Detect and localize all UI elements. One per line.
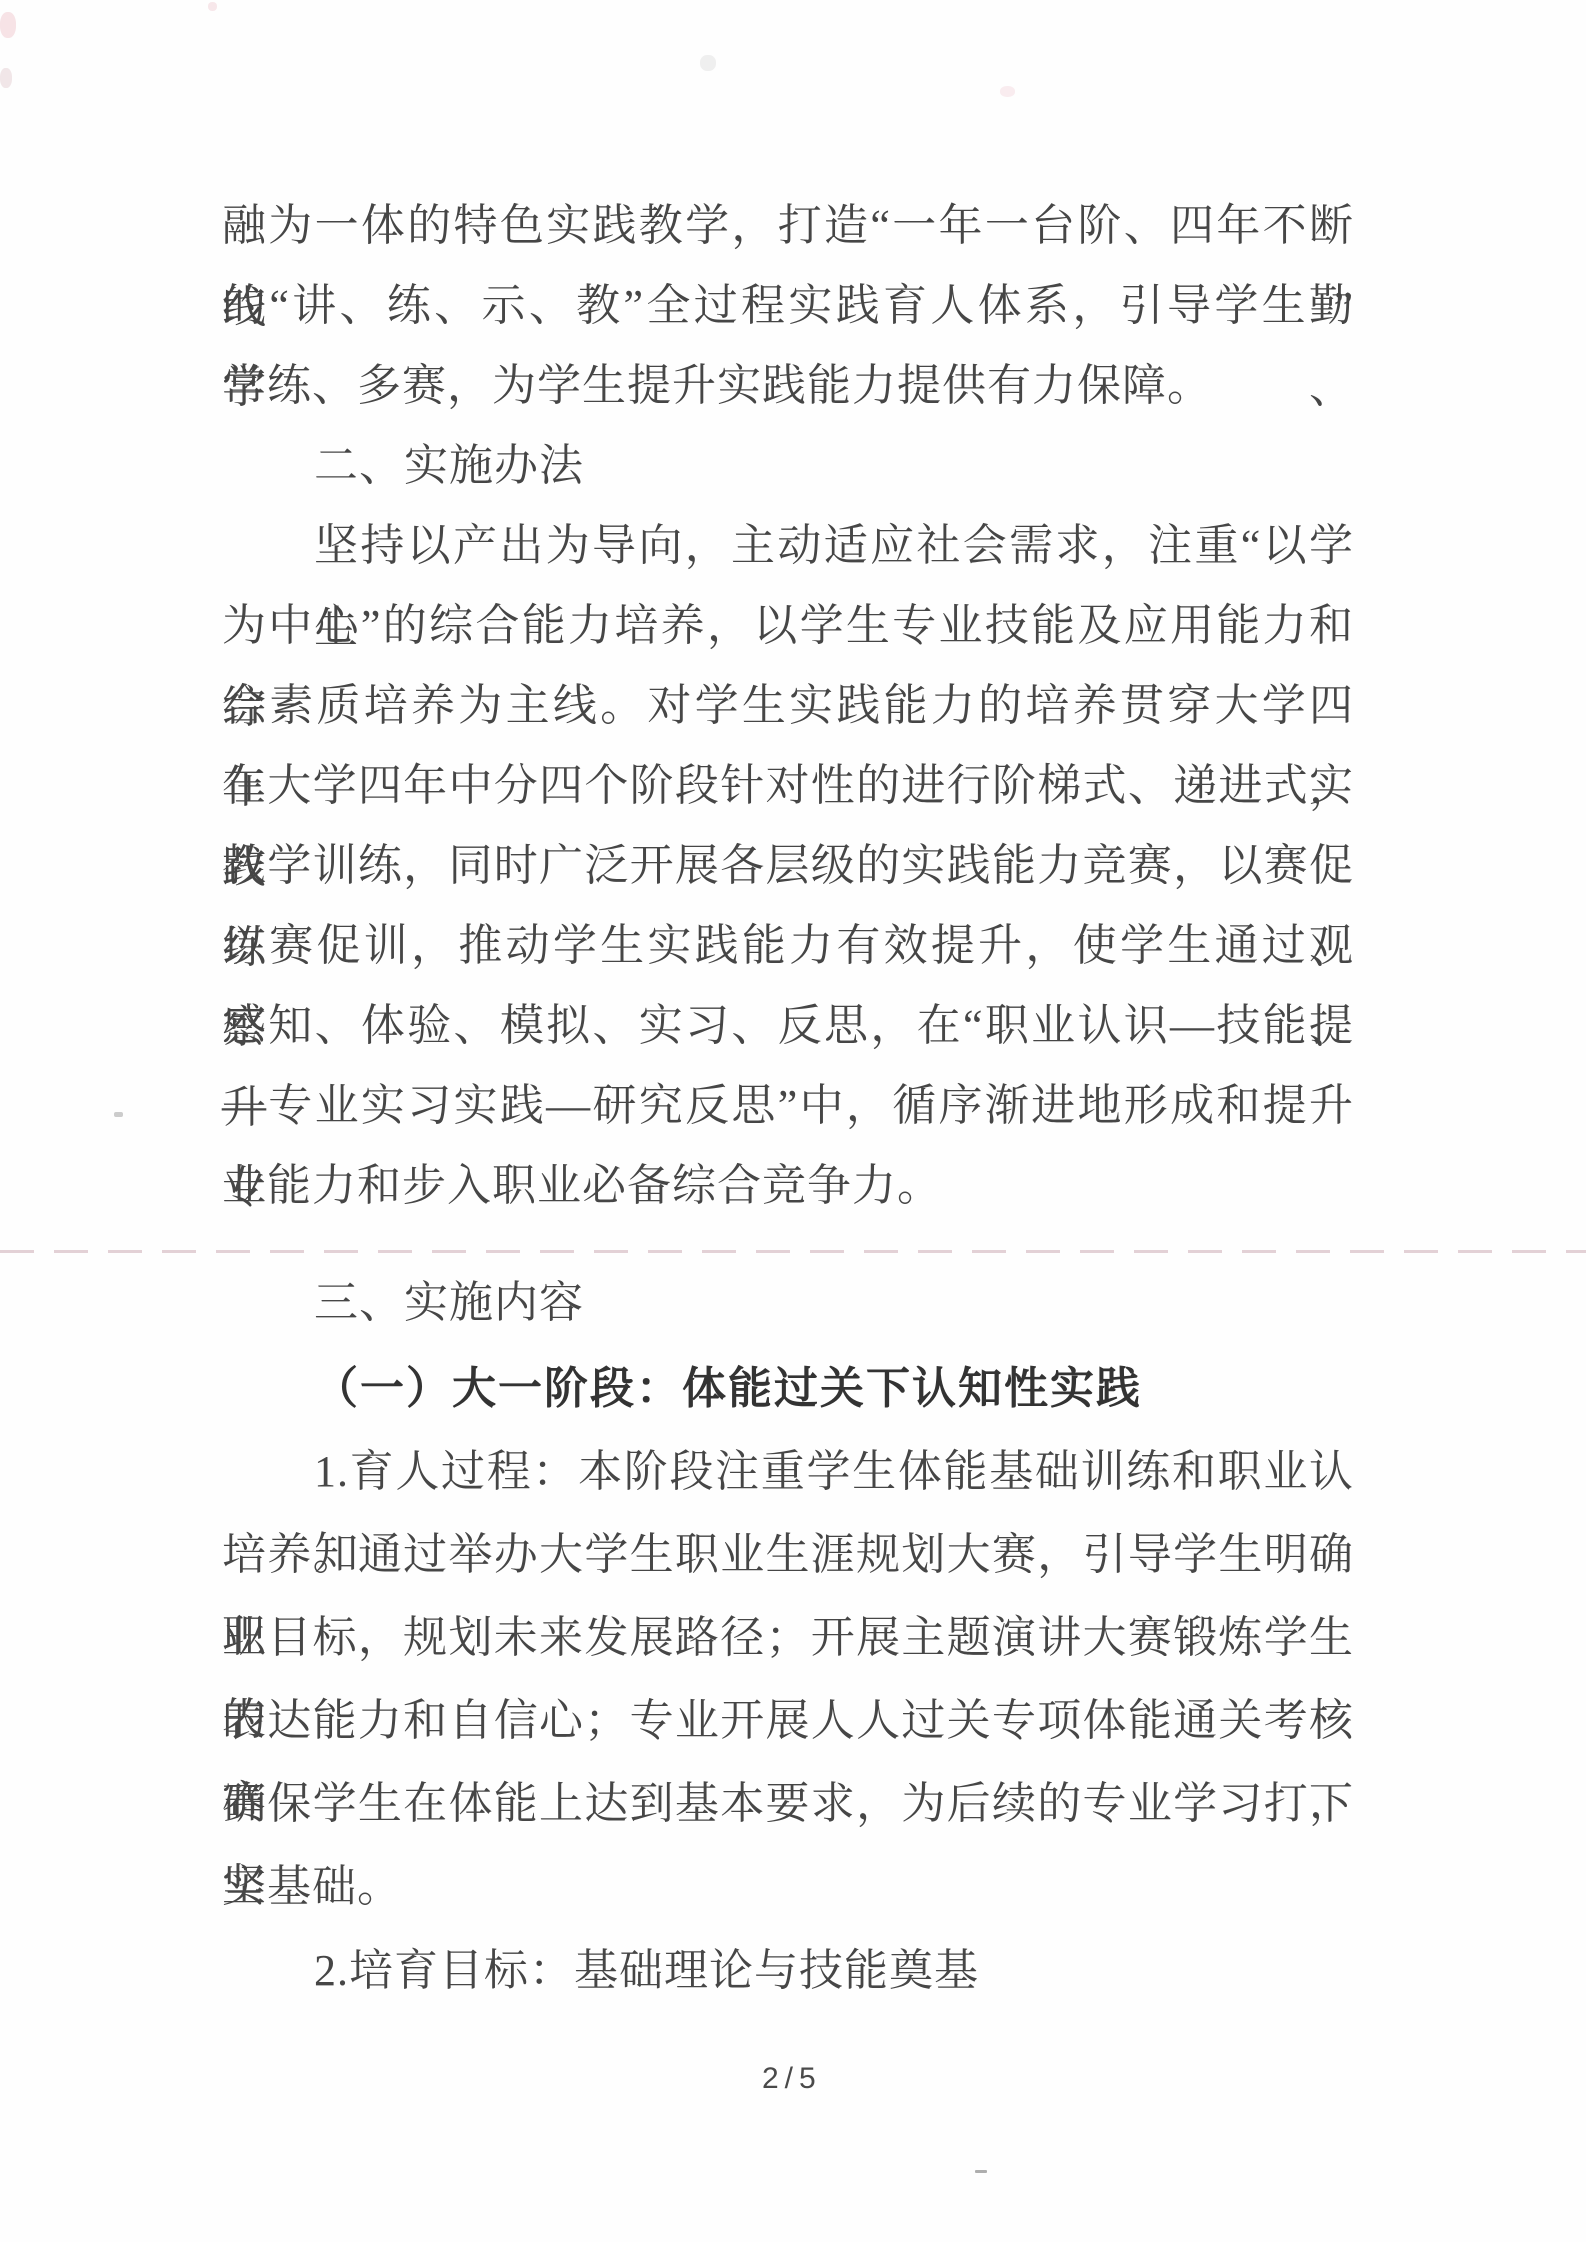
text-line: 感知、体验、模拟、实习、反思，在“职业认识—技能提升 [222, 985, 1354, 1067]
text-line: 以赛促训，推动学生实践能力有效提升，使学生通过观察、 [222, 905, 1354, 987]
scan-artifact [975, 2170, 987, 2173]
subsection-heading: （一）大一阶段：体能过关下认知性实践 [222, 1348, 1354, 1430]
text-line: 常练、多赛，为学生提升实践能力提供有力保障。 [222, 345, 1354, 427]
text-line: 确保学生在体能上达到基本要求，为后续的专业学习打下坚 [222, 1763, 1354, 1845]
text-line: 的“讲、练、示、教”全过程实践育人体系，引导学生勤学、 [222, 265, 1354, 347]
text-line: 在大学四年中分四个阶段针对性的进行阶梯式、递进式实践 [222, 745, 1354, 827]
text-line: 培养。通过举办大学生职业生涯规划大赛，引导学生明确职 [222, 1514, 1354, 1596]
section-heading-3: 三、实施内容 [222, 1262, 1354, 1344]
scan-artifact [0, 12, 16, 38]
text-line: 2.培育目标：基础理论与技能奠基 [222, 1930, 1354, 2012]
text-line: 教学训练，同时广泛开展各层级的实践能力竞赛，以赛促练、 [222, 825, 1354, 907]
section-heading-2: 二、实施办法 [222, 425, 1354, 507]
text-line: 1.育人过程：本阶段注重学生体能基础训练和职业认知 [222, 1431, 1354, 1513]
document-page: 融为一体的特色实践教学，打造“一年一台阶、四年不断线” 的“讲、练、示、教”全过… [0, 0, 1586, 2242]
scan-artifact [700, 55, 716, 71]
scan-artifact [208, 2, 217, 11]
scan-fold-line [0, 1250, 1586, 1253]
text-line: 业目标，规划未来发展路径；开展主题演讲大赛锻炼学生的 [222, 1597, 1354, 1679]
text-line: 业能力和步入职业必备综合竞争力。 [222, 1145, 1354, 1227]
text-line: —专业实习实践—研究反思”中，循序渐进地形成和提升专 [222, 1065, 1354, 1147]
text-line: 表达能力和自信心；专业开展人人过关专项体能通关考核赛， [222, 1680, 1354, 1762]
text-line: 实基础。 [222, 1846, 1354, 1928]
text-line: 融为一体的特色实践教学，打造“一年一台阶、四年不断线” [222, 185, 1354, 267]
text-line: 坚持以产出为导向，主动适应社会需求，注重“以学生 [222, 505, 1354, 587]
scan-artifact [1000, 86, 1015, 97]
scan-artifact [114, 1112, 123, 1117]
text-line: 为中心”的综合能力培养，以学生专业技能及应用能力和综 [222, 585, 1354, 667]
text-line: 合素质培养为主线。对学生实践能力的培养贯穿大学四年， [222, 665, 1354, 747]
page-number: 2/5 [762, 2062, 822, 2096]
scan-artifact [0, 68, 12, 88]
